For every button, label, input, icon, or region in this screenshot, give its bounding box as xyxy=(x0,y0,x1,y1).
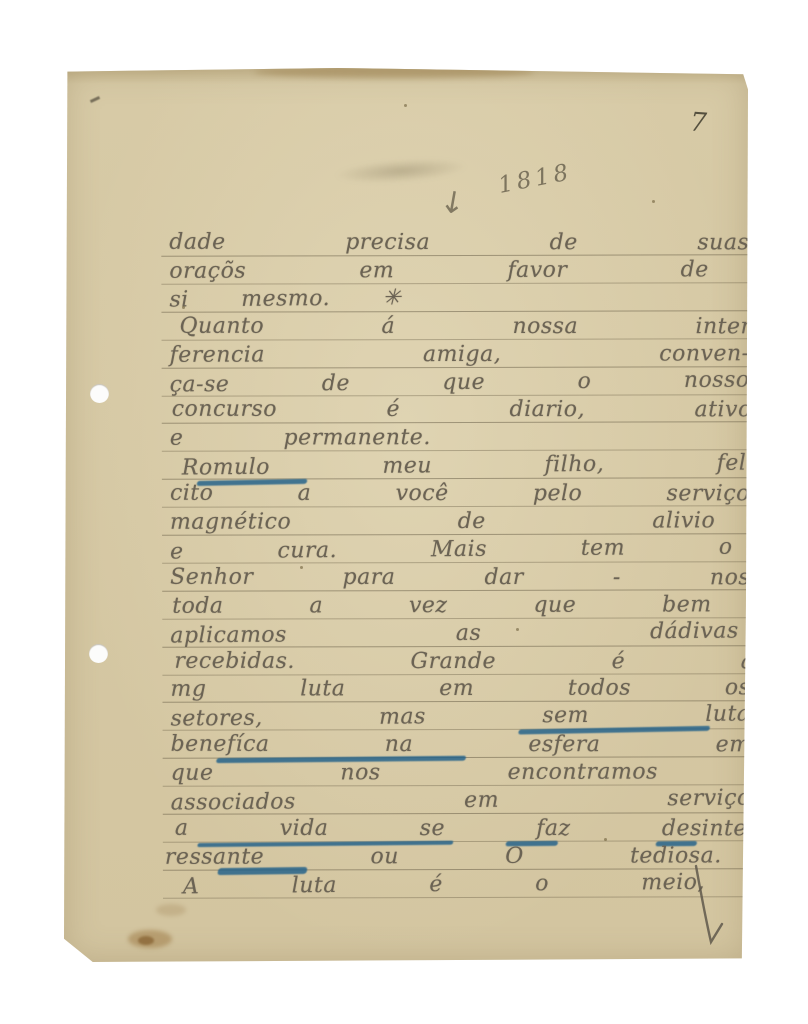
manuscript-word: é xyxy=(386,396,400,424)
manuscript-word: Grande xyxy=(410,647,496,675)
manuscript-word: o xyxy=(578,367,592,395)
scan-background: { "document": { "page_number": "7", "hea… xyxy=(0,0,808,1024)
manuscript-word: alivio xyxy=(652,507,715,535)
manuscript-word: de xyxy=(458,508,486,536)
manuscript-word: filho, xyxy=(544,451,604,480)
manuscript-word: que xyxy=(533,591,576,619)
manuscript-word: dádivas xyxy=(650,617,739,646)
manuscript-word: Senhor xyxy=(170,564,253,592)
manuscript-word: bem xyxy=(662,591,712,619)
manuscript-word: suas xyxy=(697,229,749,257)
manuscript-paper: 7 ↓ 1818 dadeprecisadesuasoraçõsemfavord… xyxy=(64,68,748,962)
manuscript-word: cito xyxy=(170,480,213,508)
manuscript-word: diario, xyxy=(509,396,585,424)
paper-stain xyxy=(138,936,154,945)
manuscript-word: A xyxy=(183,873,200,901)
manuscript-line: simesmo.✳ xyxy=(169,284,401,316)
manuscript-word: vida xyxy=(280,815,329,843)
manuscript-word: e xyxy=(170,425,184,453)
paper-speck xyxy=(652,200,655,203)
manuscript-word: luta xyxy=(300,676,345,704)
manuscript-word: aplicamos xyxy=(170,621,287,650)
manuscript-word: recebidas. xyxy=(174,647,295,675)
paper-speck xyxy=(300,566,303,569)
manuscript-word: permanente. xyxy=(283,424,430,452)
manuscript-word: Romulo xyxy=(182,454,270,483)
manuscript-word: dade xyxy=(169,229,225,257)
manuscript-line: Senhorparadar-nos xyxy=(170,564,750,595)
manuscript-word: luta xyxy=(705,701,750,729)
handwriting-area: dadeprecisadesuasoraçõsemfavordesimesmo.… xyxy=(169,67,751,963)
manuscript-line: citoavocêpeloserviço xyxy=(170,480,750,511)
manuscript-word: nos xyxy=(710,564,750,592)
manuscript-word: em xyxy=(716,731,751,759)
paper-speck xyxy=(516,628,519,631)
manuscript-word: que xyxy=(442,368,485,396)
manuscript-word: concurso xyxy=(172,396,277,424)
manuscript-word: luta xyxy=(292,872,337,900)
manuscript-word: precisa xyxy=(345,229,430,257)
manuscript-word: associados xyxy=(171,788,296,817)
paper-speck xyxy=(604,838,607,841)
manuscript-word: o xyxy=(719,533,733,561)
manuscript-word: tem xyxy=(581,534,625,562)
manuscript-line: dadeprecisadesuas xyxy=(169,229,749,260)
manuscript-line: recebidas.Grandeéa xyxy=(174,647,754,678)
manuscript-word: em xyxy=(439,675,474,703)
manuscript-word: nosso xyxy=(684,366,750,395)
manuscript-word: desinte- xyxy=(662,815,755,843)
paper-speck xyxy=(404,104,407,107)
manuscript-word: vez xyxy=(409,592,448,620)
manuscript-word: si xyxy=(169,286,189,314)
manuscript-line: benefícanaesferaem xyxy=(171,731,751,762)
manuscript-word: á xyxy=(381,313,395,341)
manuscript-word: se xyxy=(420,815,445,843)
manuscript-word: a xyxy=(175,815,189,843)
manuscript-word: esfera xyxy=(528,731,600,759)
manuscript-word: serviço xyxy=(667,784,751,813)
manuscript-word: encontramos xyxy=(508,759,658,787)
manuscript-word: cura. xyxy=(277,537,337,566)
manuscript-word: e xyxy=(170,538,184,566)
manuscript-word: os xyxy=(725,675,751,703)
manuscript-word: magnético xyxy=(170,508,291,536)
manuscript-word: Mais xyxy=(431,536,487,564)
manuscript-line: epermanente. xyxy=(170,424,431,455)
manuscript-word: em xyxy=(359,257,394,285)
manuscript-word: na xyxy=(385,731,413,759)
punch-hole-bottom xyxy=(89,644,108,663)
manuscript-word: mesmo. xyxy=(241,285,330,314)
manuscript-word: conven- xyxy=(659,340,749,368)
manuscript-word: toda xyxy=(172,592,223,620)
manuscript-word: favor xyxy=(507,257,567,285)
manuscript-word: a xyxy=(298,480,312,508)
manuscript-word: nossa xyxy=(512,313,578,341)
manuscript-word: - xyxy=(613,564,621,592)
manuscript-word: é xyxy=(429,871,443,899)
manuscript-line: concursoédiario,ativo xyxy=(172,396,752,427)
manuscript-word: dar xyxy=(484,564,523,592)
manuscript-word: mg xyxy=(170,676,206,704)
manuscript-word: inter- xyxy=(695,313,759,341)
manuscript-word: para xyxy=(342,564,395,592)
paper-stain xyxy=(156,904,186,916)
manuscript-word: a xyxy=(309,592,323,620)
manuscript-word: mas xyxy=(379,704,426,732)
manuscript-word: que xyxy=(171,760,214,788)
manuscript-word: ferencia xyxy=(170,341,265,369)
manuscript-word: serviço xyxy=(667,480,750,508)
checkmark-stroke xyxy=(686,860,732,956)
manuscript-word: ✳ xyxy=(382,284,401,312)
manuscript-word: é xyxy=(612,648,626,676)
manuscript-word: em xyxy=(464,787,499,815)
manuscript-word: benefíca xyxy=(171,731,270,759)
manuscript-word: de xyxy=(681,256,709,284)
manuscript-word: ativo xyxy=(695,397,752,425)
punch-hole-top xyxy=(90,384,109,403)
manuscript-word: oraçõs xyxy=(169,257,246,285)
manuscript-line: oraçõsemfavorde xyxy=(169,256,708,287)
manuscript-word: de xyxy=(550,229,578,257)
manuscript-word: nos xyxy=(340,759,380,787)
manuscript-word: as xyxy=(456,619,482,647)
manuscript-word: ou xyxy=(370,843,398,871)
manuscript-word: você xyxy=(396,480,449,508)
manuscript-word: setores, xyxy=(170,705,262,734)
paper-speck xyxy=(182,306,185,309)
pencil-corner-mark xyxy=(90,96,100,103)
manuscript-word: a xyxy=(741,648,755,676)
manuscript-word: Quanto xyxy=(179,312,264,340)
manuscript-word: de xyxy=(322,369,350,397)
manuscript-word: sem xyxy=(542,702,589,730)
manuscript-word: todos xyxy=(568,675,631,703)
manuscript-word: amiga, xyxy=(423,340,501,368)
manuscript-word: meu xyxy=(382,453,432,481)
manuscript-line: Quantoánossainter- xyxy=(179,312,759,343)
manuscript-word: pelo xyxy=(533,480,582,508)
manuscript-line: Alutaéomeio, xyxy=(183,868,705,903)
manuscript-word: faz xyxy=(536,815,570,843)
manuscript-word: o xyxy=(535,870,549,898)
manuscript-word: O xyxy=(505,843,524,871)
manuscript-word: feli- xyxy=(717,450,762,478)
manuscript-line: avidasefazdesinte- xyxy=(175,815,755,846)
